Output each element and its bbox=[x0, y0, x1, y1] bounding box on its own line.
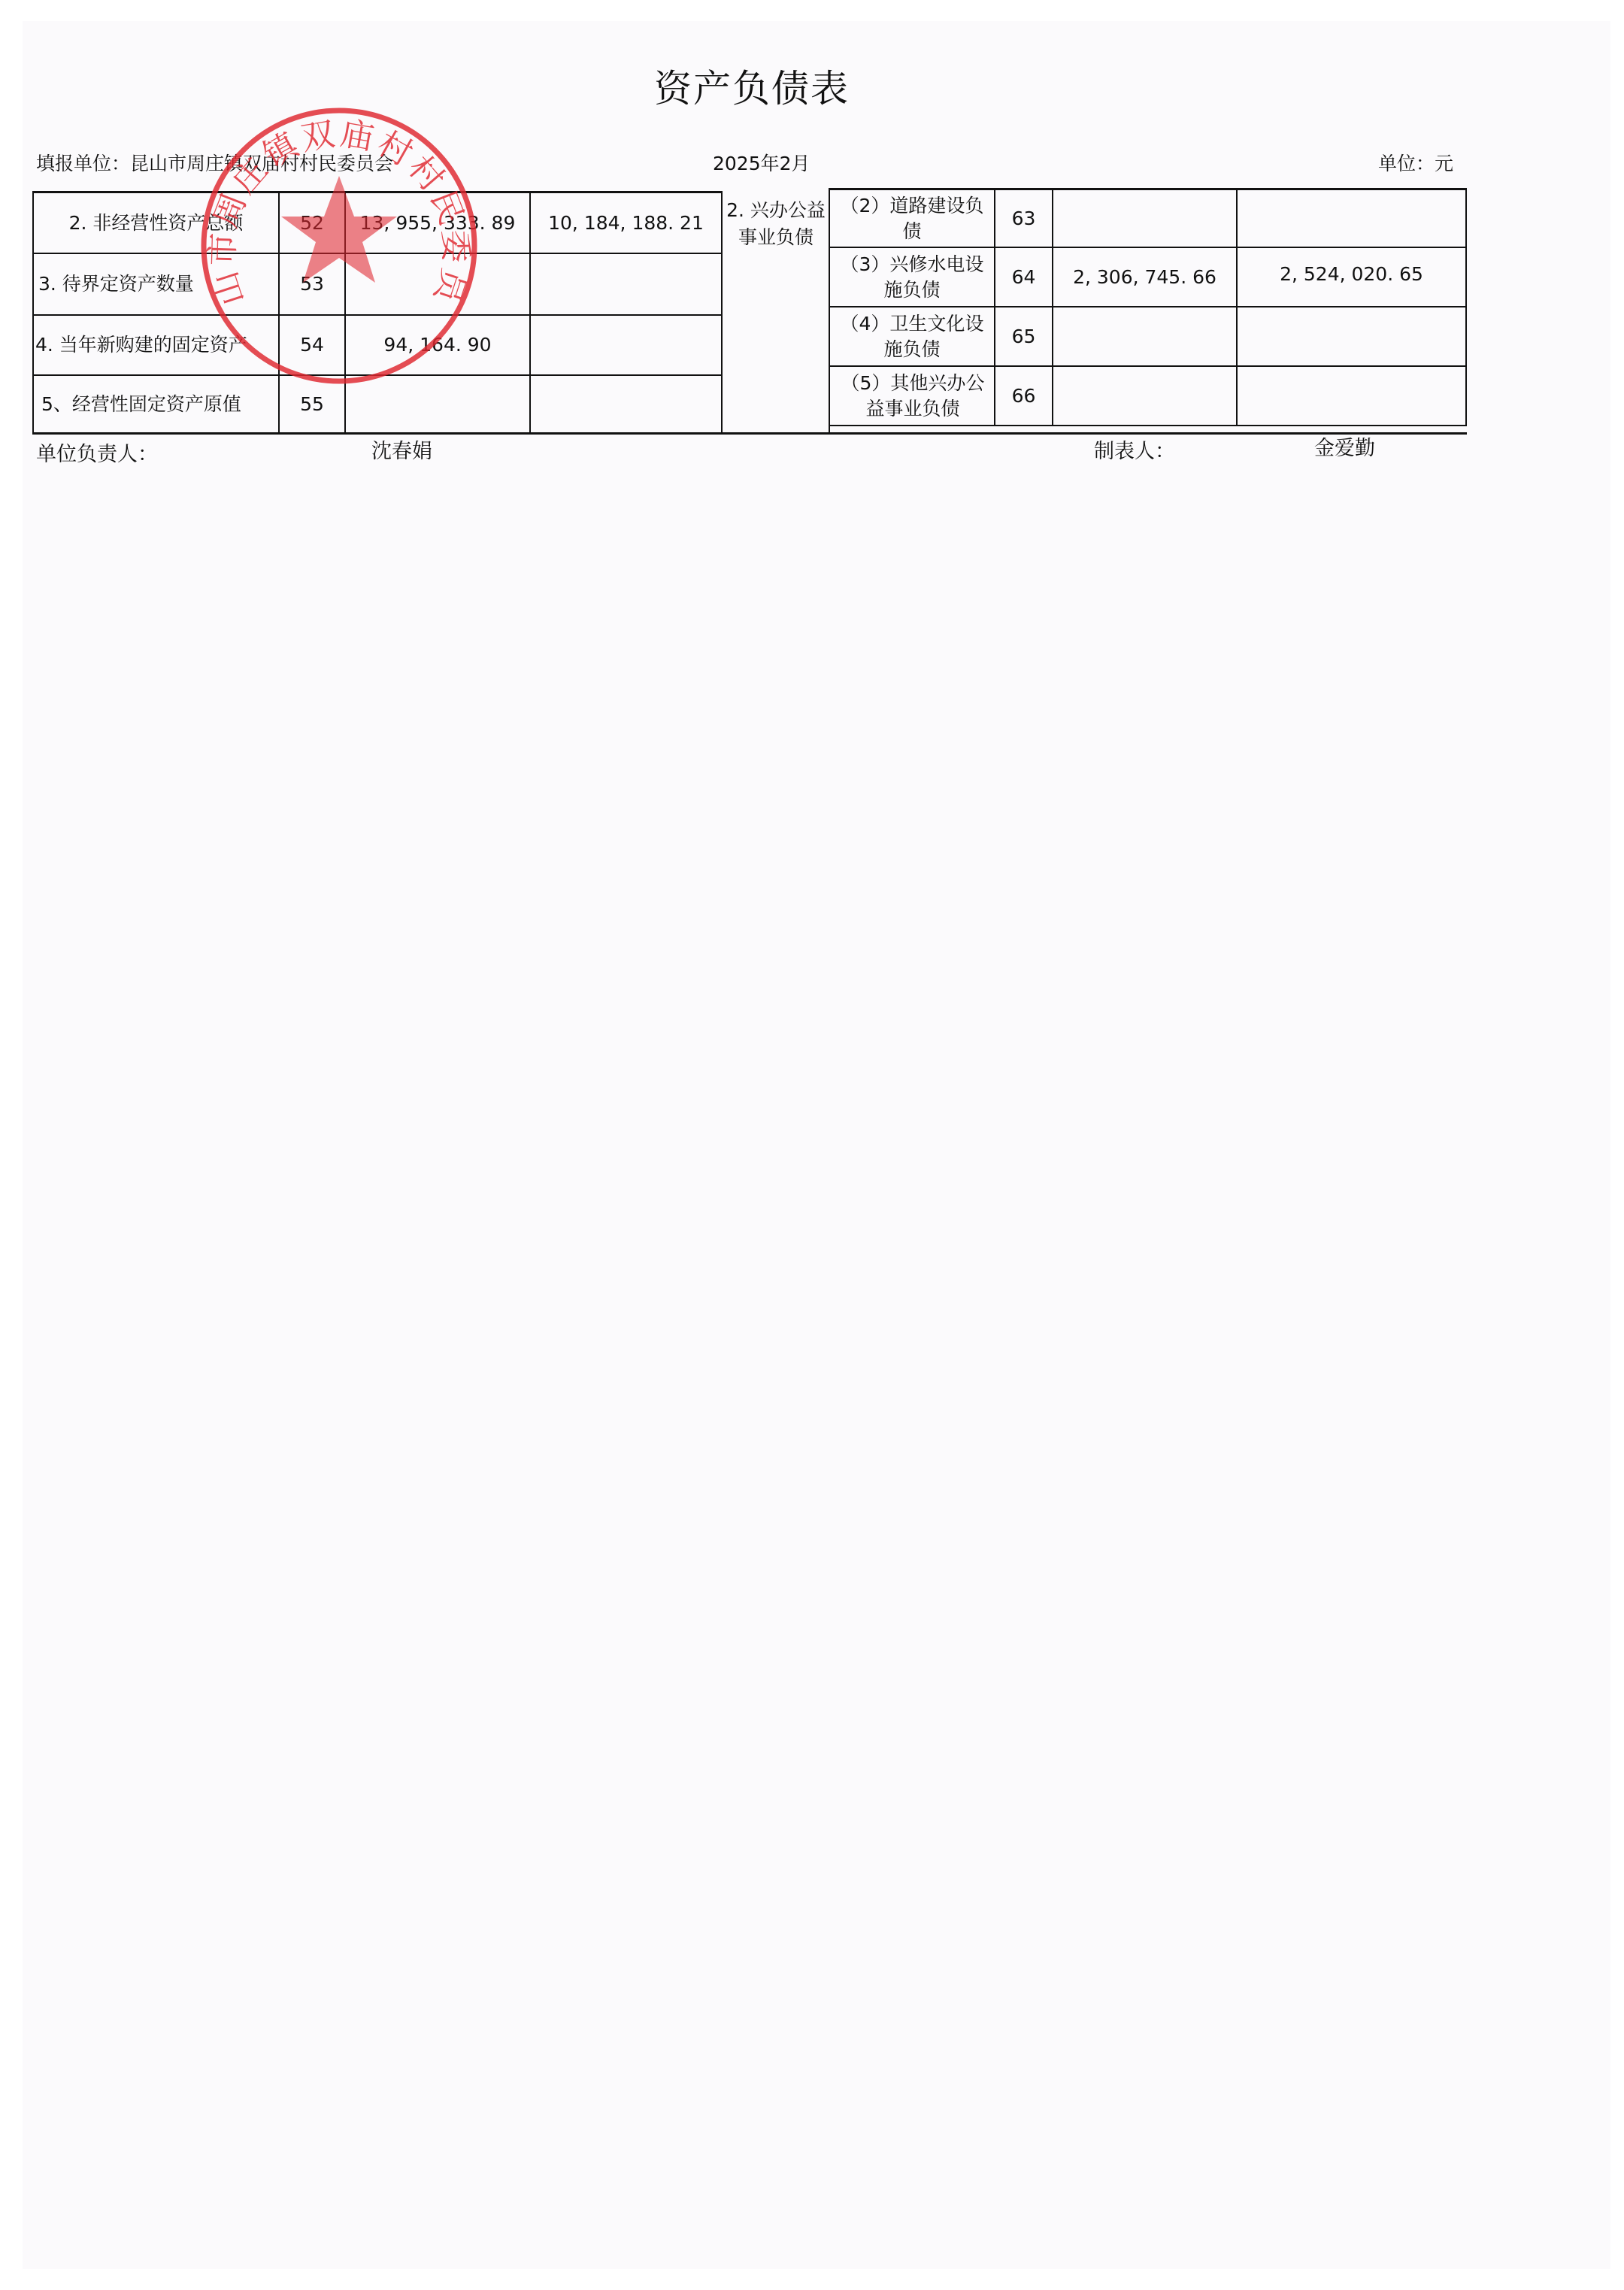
table-row-item: 3. 待界定资产数量 bbox=[34, 254, 278, 314]
table-row-item: 4. 当年新购建的固定资产 bbox=[34, 316, 268, 374]
value-cell bbox=[1053, 307, 1236, 365]
table-bottom-border bbox=[33, 432, 1467, 435]
value-cell bbox=[531, 316, 721, 374]
table-row-item: （4）卫生文化设施负债 bbox=[835, 307, 989, 365]
column-divider bbox=[721, 191, 723, 435]
value-cell: 2, 524, 020. 65 bbox=[1238, 245, 1465, 303]
value-cell bbox=[1053, 367, 1236, 425]
line-number: 64 bbox=[995, 248, 1052, 306]
currency-unit: 单位：元 bbox=[1378, 149, 1453, 176]
value-cell: 94, 164. 90 bbox=[346, 316, 529, 374]
value-cell bbox=[346, 254, 529, 314]
table-row-item: 2. 非经营性资产总额 bbox=[34, 193, 278, 253]
value-cell: 10, 184, 188. 21 bbox=[531, 193, 721, 253]
value-cell bbox=[531, 376, 721, 433]
table-row-item: （5）其他兴办公益事业负债 bbox=[833, 367, 992, 425]
column-divider bbox=[1465, 188, 1467, 426]
preparer-name: 金爱勤 bbox=[1314, 432, 1375, 461]
value-cell bbox=[1238, 307, 1465, 365]
value-cell: 2, 306, 745. 66 bbox=[1053, 248, 1236, 306]
group-label: 2. 兴办公益事业负债 bbox=[723, 197, 829, 251]
value-cell bbox=[346, 376, 529, 433]
reporting-unit-value: 昆山市周庄镇双庙村村民委员会 bbox=[130, 153, 393, 174]
line-number: 63 bbox=[995, 190, 1052, 247]
preparer-label: 制表人： bbox=[1094, 435, 1175, 464]
line-number: 53 bbox=[280, 254, 344, 314]
line-number: 52 bbox=[280, 193, 344, 253]
responsible-person-name: 沈春娟 bbox=[371, 435, 432, 464]
column-divider bbox=[829, 188, 830, 435]
reporting-unit: 填报单位：昆山市周庄镇双庙村村民委员会 bbox=[36, 149, 393, 176]
value-cell bbox=[1238, 367, 1465, 425]
table-row-item: （3）兴修水电设施负债 bbox=[835, 248, 989, 306]
line-number: 55 bbox=[280, 376, 344, 433]
value-cell bbox=[1238, 190, 1465, 247]
line-number: 66 bbox=[995, 367, 1052, 425]
table-row-item: （2）道路建设负债 bbox=[835, 190, 989, 247]
page-title: 资产负债表 bbox=[0, 59, 1504, 113]
report-period: 2025年2月 bbox=[713, 149, 810, 176]
row-divider bbox=[829, 425, 1467, 426]
table-row-item: 5、经营性固定资产原值 bbox=[34, 376, 281, 433]
value-cell: 13, 955, 333. 89 bbox=[346, 193, 529, 253]
value-cell bbox=[1053, 190, 1236, 247]
line-number: 65 bbox=[995, 307, 1052, 365]
line-number: 54 bbox=[280, 316, 344, 374]
responsible-person-label: 单位负责人： bbox=[36, 438, 158, 467]
reporting-unit-label: 填报单位： bbox=[36, 153, 130, 174]
value-cell bbox=[531, 254, 721, 314]
